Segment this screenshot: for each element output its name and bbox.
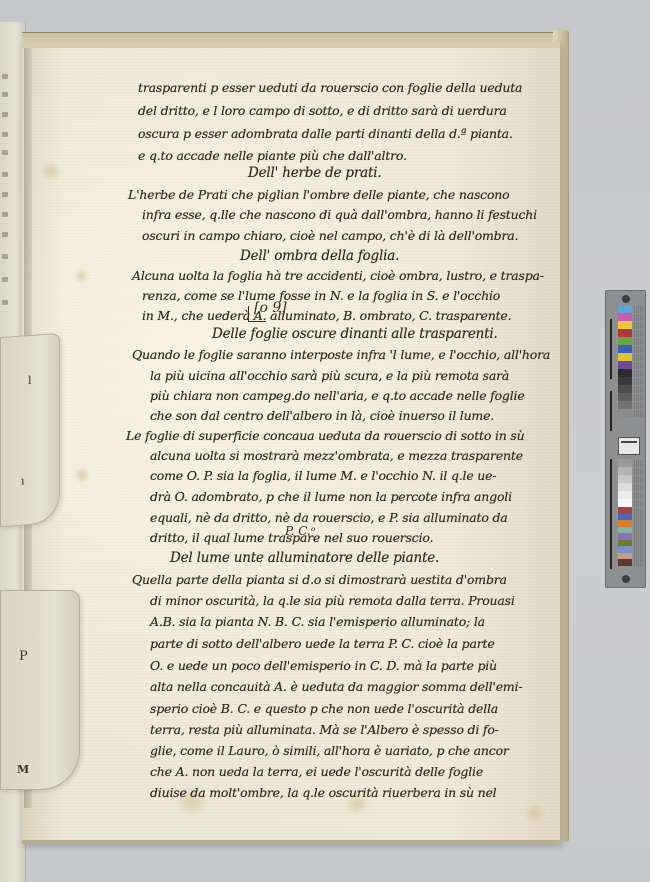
text-line: trasparenti p esser ueduti da rouerscio … [138,80,522,95]
catchword-marker: P. C.ᵒ [285,524,315,538]
swatch-label [634,386,644,393]
color-swatch [618,459,632,467]
swatch-label [634,484,644,491]
text-line: terra, resta più alluminata. Mà se l'Alb… [150,722,499,737]
tab-mark: ı [21,474,25,487]
text-line: glie, come il Lauro, ò simili, all'hora … [150,743,509,758]
text-line: Quella parte della pianta si d.o si dimo… [132,572,507,587]
text-line: sperio cioè B. C. e questo p che non ued… [150,701,498,716]
stack-ink-mark [2,92,8,97]
text-line: L'herbe de Prati che piglian l'ombre del… [128,187,509,202]
text-line: Alcuna uolta la foglia hà tre accidenti,… [132,268,544,283]
text-line: di minor oscurità, la q.le sia più remot… [150,593,515,608]
swatch-label [634,476,644,483]
color-swatch [618,377,632,385]
foxing-stain [74,268,90,284]
text-line: oscura p esser adombrata dalle parti din… [138,126,513,141]
folded-leaf-tab: P M [0,590,80,790]
swatch-label [634,394,644,401]
swatch-label [634,492,644,499]
stack-ink-mark [2,74,8,79]
folio-number: [o 9] [254,300,287,316]
text-line: renza, come se l'lume fosse in N. e la f… [142,288,500,303]
swatch-label [634,322,644,329]
color-calibration-target [605,290,646,588]
tab-mark: P [19,649,28,664]
text-line: e q.to accade nelle piante più che dall'… [138,148,407,163]
color-swatch [618,467,632,475]
text-line: alcuna uolta si mostrarà mezz'ombrata, e… [150,448,523,463]
color-swatch [618,409,632,417]
foxing-stain [522,803,548,823]
stack-ink-mark [2,192,8,197]
card-label [618,437,640,455]
color-swatch [618,475,632,483]
text-line: O. e uede un poco dell'emisperio in C. D… [150,658,497,673]
swatch-label [634,306,644,313]
color-swatch [618,401,632,409]
text-line: Le foglie di superficie concaua ueduta d… [126,428,524,443]
swatch-label [634,314,644,321]
color-swatch [618,345,632,353]
stack-ink-mark [2,277,8,282]
swatch-label [634,346,644,353]
color-swatch [618,305,632,313]
text-line: parte di sotto dell'albero uede la terra… [150,636,495,651]
section-heading: Del lume unte alluminatore delle piante. [170,550,439,566]
swatch-label [634,460,644,467]
swatch-label [634,378,644,385]
text-line: diuise da molt'ombre, la q.le oscurità r… [150,785,496,800]
text-line: drà O. adombrato, p che il lume non la p… [150,489,512,504]
card-scale-bar [610,391,612,431]
stack-ink-mark [2,254,8,259]
tab-mark: l [28,374,32,387]
swatch-label [634,354,644,361]
color-swatch [618,491,632,499]
color-swatch [618,483,632,491]
color-swatch [618,361,632,369]
foxing-stain [40,160,62,182]
card-scale-bar [610,459,612,569]
text-line: più chiara non campeg.do nell'aria, e q.… [150,388,525,403]
swatch-label [634,500,644,507]
stack-ink-mark [2,150,8,155]
card-punch-hole [622,575,630,583]
section-heading: Delle foglie oscure dinanti alle traspar… [212,326,498,342]
color-swatch [618,499,632,507]
text-line: che son dal centro dell'albero in là, ci… [150,408,494,423]
text-line: oscuri in campo chiaro, cioè nel campo, … [142,228,518,243]
swatch-label [634,468,644,475]
stack-ink-mark [2,232,8,237]
folded-leaf-tab: l ı [0,333,60,527]
swatch-label [634,338,644,345]
stack-ink-mark [2,112,8,117]
color-swatch [618,321,632,329]
stack-ink-mark [2,172,8,177]
stack-ink-mark [2,212,8,217]
stack-ink-mark [2,300,8,305]
swatch-label [634,362,644,369]
color-swatch [618,385,632,393]
tab-mark: M [17,763,29,776]
text-line: equali, nè da dritto, nè da rouerscio, e… [150,510,508,525]
color-swatch [618,313,632,321]
section-heading: Dell' ombra della foglia. [240,248,399,264]
swatch-label [634,410,644,417]
text-line: Quando le foglie saranno interposte infr… [132,347,550,362]
stack-ink-mark [2,132,8,137]
text-line: A.B. sia la pianta N. B. C. sia l'emispe… [150,614,485,629]
color-swatch [618,329,632,337]
text-line: la più uicina all'occhio sarà più scura,… [150,368,509,383]
color-swatch [618,337,632,345]
card-scale-bar [610,319,612,379]
text-line: infra esse, q.lle che nascono di quà dal… [142,207,537,222]
color-swatch [618,393,632,401]
color-swatch [618,559,632,566]
color-swatch [618,369,632,377]
swatch-label [634,370,644,377]
section-heading: Dell' herbe de prati. [248,165,381,181]
text-line: in M., che uederà A. alluminato, B. ombr… [142,308,511,323]
text-line: del dritto, e l loro campo di sotto, e d… [138,103,507,118]
color-swatch [618,353,632,361]
text-line: alta nella concauità A. è ueduta da magg… [150,679,522,694]
swatch-label [634,402,644,409]
swatch-label [634,330,644,337]
swatch-label [634,560,644,567]
text-line: come O. P. sia la foglia, il lume M. e l… [150,468,496,483]
foxing-stain [72,468,92,482]
text-line: che A. non ueda la terra, ei uede l'oscu… [150,764,483,779]
card-punch-hole [622,295,630,303]
